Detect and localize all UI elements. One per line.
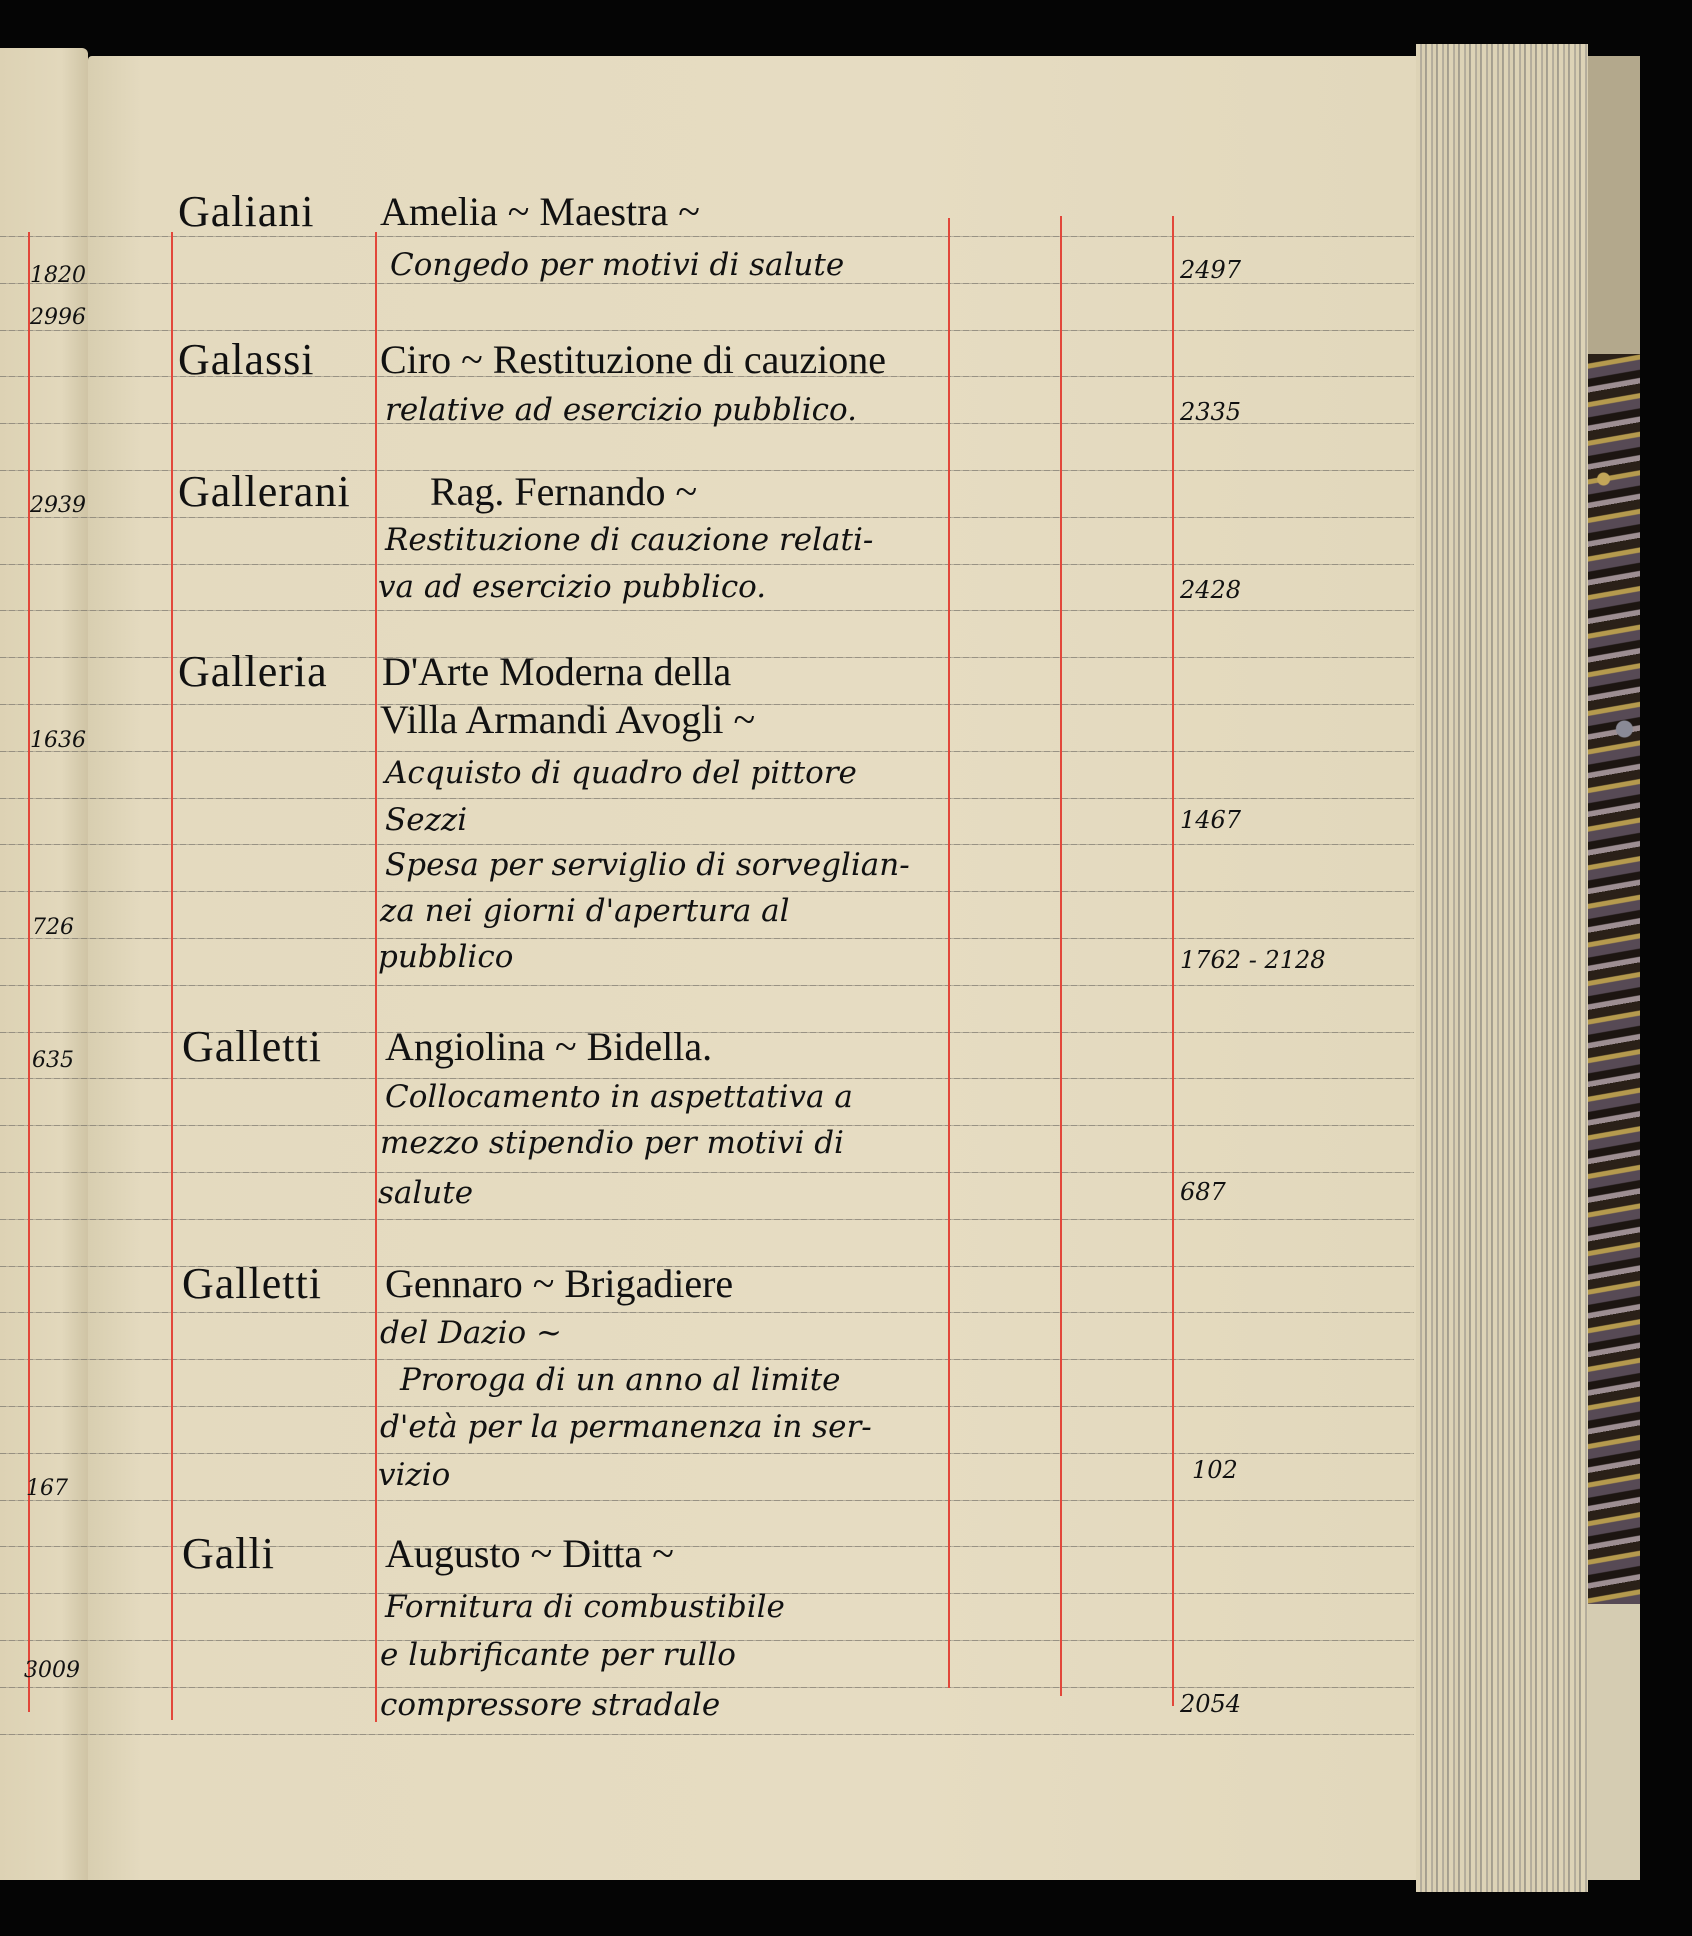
stacked-page-edges bbox=[1416, 44, 1588, 1892]
reference-number: 2335 bbox=[1180, 400, 1241, 424]
entry-line: Acquisto di quadro del pittore bbox=[385, 758, 857, 789]
ruled-line bbox=[0, 610, 1414, 611]
entry-surname: Galleria bbox=[178, 650, 328, 694]
ruled-line bbox=[0, 564, 1414, 565]
entry-heading-continued: Villa Armandi Avogli ~ bbox=[380, 700, 755, 740]
entry-heading: Rag. Fernando ~ bbox=[430, 472, 697, 512]
ruled-line bbox=[0, 985, 1414, 986]
entry-surname: Galletti bbox=[182, 1025, 322, 1069]
entry-line: Proroga di un anno al limite bbox=[400, 1365, 841, 1396]
entry-line: del Dazio ~ bbox=[380, 1318, 562, 1349]
entry-line: za nei giorni d'apertura al bbox=[380, 896, 790, 927]
entry-line: mezzo stipendio per motivi di bbox=[380, 1128, 844, 1159]
entry-surname: Galli bbox=[182, 1532, 275, 1576]
reference-number: 687 bbox=[1180, 1180, 1226, 1204]
entry-line: Restituzione di cauzione relati- bbox=[385, 525, 873, 556]
ruled-line bbox=[0, 1359, 1414, 1360]
entry-line: Collocamento in aspettativa a bbox=[385, 1082, 853, 1113]
book-cover-leather-bottom bbox=[1588, 1604, 1640, 1880]
entry-line: Sezzi bbox=[385, 805, 467, 836]
entry-heading: Amelia ~ Maestra ~ bbox=[380, 192, 700, 232]
ruled-line bbox=[0, 1500, 1414, 1501]
entry-line: e lubrificante per rullo bbox=[380, 1640, 736, 1671]
reference-number: 2428 bbox=[1180, 578, 1241, 602]
ruled-line bbox=[0, 891, 1414, 892]
entry-line: vizio bbox=[378, 1460, 450, 1491]
left-page-number: 635 bbox=[32, 1050, 74, 1072]
entry-surname: Gallerani bbox=[178, 470, 351, 514]
entry-surname: Galiani bbox=[178, 190, 315, 234]
entry-surname: Galassi bbox=[178, 338, 315, 382]
ruled-line bbox=[0, 1219, 1414, 1220]
entry-line: relative ad esercizio pubblico. bbox=[385, 395, 857, 426]
entry-heading: Augusto ~ Ditta ~ bbox=[385, 1534, 674, 1574]
red-column-line-ref bbox=[1172, 216, 1174, 1706]
red-column-line-description bbox=[375, 232, 377, 1722]
ruled-line bbox=[0, 798, 1414, 799]
reference-number: 102 bbox=[1192, 1458, 1238, 1482]
reference-number: 1467 bbox=[1180, 808, 1241, 832]
entry-heading: Gennaro ~ Brigadiere bbox=[385, 1264, 733, 1304]
red-column-line-3 bbox=[948, 218, 950, 1688]
ruled-line bbox=[0, 1734, 1414, 1735]
left-page-number: 1820 bbox=[30, 265, 86, 287]
ruled-line bbox=[0, 1406, 1414, 1407]
left-page-number: 726 bbox=[32, 917, 74, 939]
left-page-number: 167 bbox=[26, 1478, 68, 1500]
entry-line: pubblico bbox=[378, 942, 513, 973]
red-column-line-4 bbox=[1060, 216, 1062, 1696]
entry-line: Congedo per motivi di salute bbox=[390, 250, 844, 281]
left-page-number: 1636 bbox=[30, 730, 86, 752]
book-cover-marbled-paper bbox=[1588, 354, 1640, 1604]
reference-number: 1762 - 2128 bbox=[1180, 948, 1326, 972]
ruled-line bbox=[0, 1312, 1414, 1313]
ruled-line bbox=[0, 844, 1414, 845]
ruled-line bbox=[0, 751, 1414, 752]
entry-line: d'età per la permanenza in ser- bbox=[380, 1412, 872, 1443]
ruled-line bbox=[0, 517, 1414, 518]
ruled-line bbox=[0, 330, 1414, 331]
ruled-line bbox=[0, 938, 1414, 939]
red-column-line-name bbox=[171, 232, 173, 1720]
entry-heading: D'Arte Moderna della bbox=[382, 652, 731, 692]
book-cover-leather-top bbox=[1588, 56, 1640, 356]
entry-line: va ad esercizio pubblico. bbox=[378, 572, 766, 603]
entry-line: compressore stradale bbox=[380, 1690, 720, 1721]
ruled-line bbox=[0, 1172, 1414, 1173]
entry-heading: Ciro ~ Restituzione di cauzione bbox=[380, 340, 886, 380]
entry-line: salute bbox=[378, 1178, 473, 1209]
entry-surname: Galletti bbox=[182, 1262, 322, 1306]
entry-line: Fornitura di combustibile bbox=[385, 1592, 785, 1623]
ruled-line bbox=[0, 1453, 1414, 1454]
left-page-number: 3009 bbox=[24, 1660, 80, 1682]
left-page-number: 2939 bbox=[30, 495, 86, 517]
ruled-line bbox=[0, 236, 1414, 237]
reference-number: 2497 bbox=[1180, 258, 1241, 282]
entry-heading: Angiolina ~ Bidella. bbox=[385, 1027, 712, 1067]
reference-number: 2054 bbox=[1180, 1692, 1241, 1716]
entry-line: Spesa per serviglio di sorveglian- bbox=[385, 850, 910, 881]
left-page-number: 2996 bbox=[30, 307, 86, 329]
